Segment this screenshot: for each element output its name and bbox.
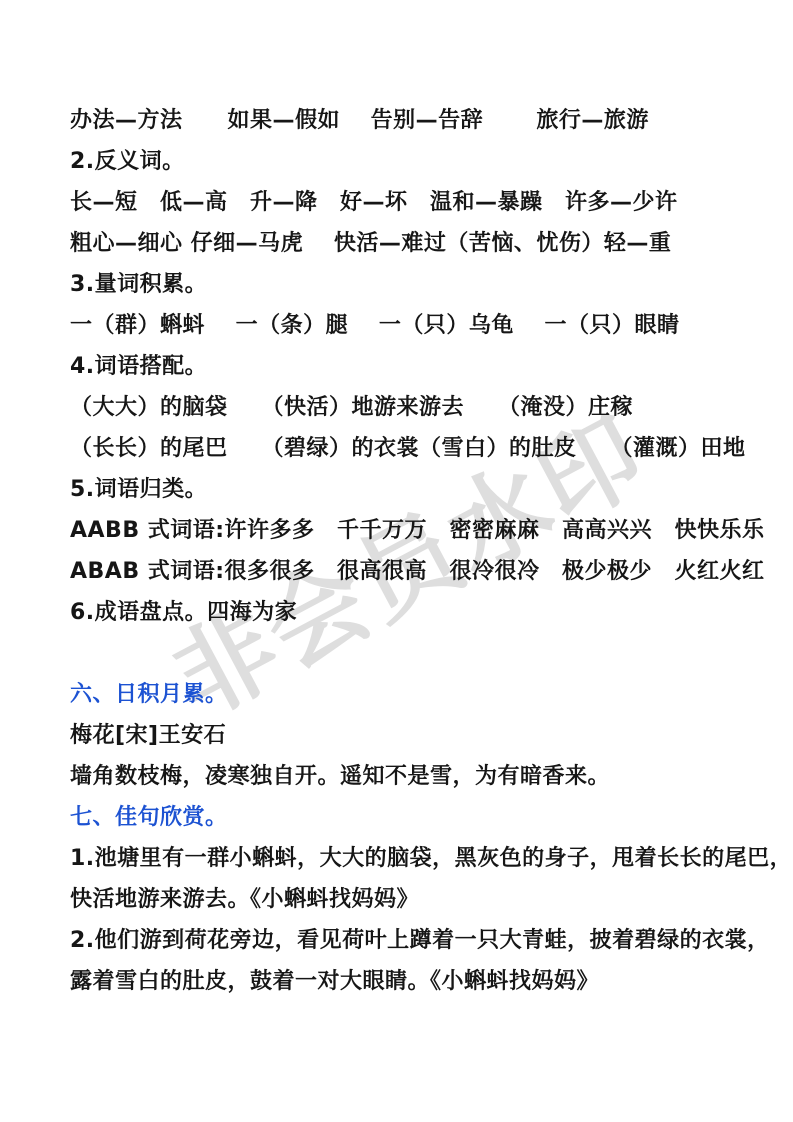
- text-line: 4.词语搭配。: [70, 346, 770, 387]
- text-line: 2.他们游到荷花旁边，看见荷叶上蹲着一只大青蛙，披着碧绿的衣裳，: [70, 920, 770, 961]
- text-line: 粗心—细心 仔细—马虎 快活—难过（苦恼、忧伤）轻—重: [70, 223, 770, 264]
- text-line: AABB 式词语:许许多多 千千万万 密密麻麻 高高兴兴 快快乐乐: [70, 510, 770, 551]
- text-line: 快活地游来游去。《小蝌蚪找妈妈》: [70, 879, 770, 920]
- text-line: 一（群）蝌蚪 一（条）腿 一（只）乌龟 一（只）眼睛: [70, 305, 770, 346]
- text-line: 梅花[宋]王安石: [70, 715, 770, 756]
- text-line: 露着雪白的肚皮，鼓着一对大眼睛。《小蝌蚪找妈妈》: [70, 961, 770, 1002]
- text-line: 墙角数枝梅，凌寒独自开。遥知不是雪，为有暗香来。: [70, 756, 770, 797]
- blank-line: [70, 633, 770, 674]
- text-line: 办法—方法 如果—假如 告别—告辞 旅行—旅游: [70, 100, 770, 141]
- text-line: 3.量词积累。: [70, 264, 770, 305]
- text-line: 6.成语盘点。四海为家: [70, 592, 770, 633]
- text-line: （大大）的脑袋 （快活）地游来游去 （淹没）庄稼: [70, 387, 770, 428]
- text-line: 5.词语归类。: [70, 469, 770, 510]
- section-heading: 七、佳句欣赏。: [70, 797, 770, 838]
- text-line: （长长）的尾巴 （碧绿）的衣裳（雪白）的肚皮 （灌溉）田地: [70, 428, 770, 469]
- document-body: 办法—方法 如果—假如 告别—告辞 旅行—旅游2.反义词。长—短 低—高 升—降…: [70, 100, 770, 1002]
- section-heading: 六、日积月累。: [70, 674, 770, 715]
- text-line: 2.反义词。: [70, 141, 770, 182]
- text-line: 1.池塘里有一群小蝌蚪，大大的脑袋，黑灰色的身子，甩着长长的尾巴，: [70, 838, 770, 879]
- text-line: ABAB 式词语:很多很多 很高很高 很冷很冷 极少极少 火红火红: [70, 551, 770, 592]
- text-line: 长—短 低—高 升—降 好—坏 温和—暴躁 许多—少许: [70, 182, 770, 223]
- document-page: 非会员水印 办法—方法 如果—假如 告别—告辞 旅行—旅游2.反义词。长—短 低…: [0, 0, 793, 1122]
